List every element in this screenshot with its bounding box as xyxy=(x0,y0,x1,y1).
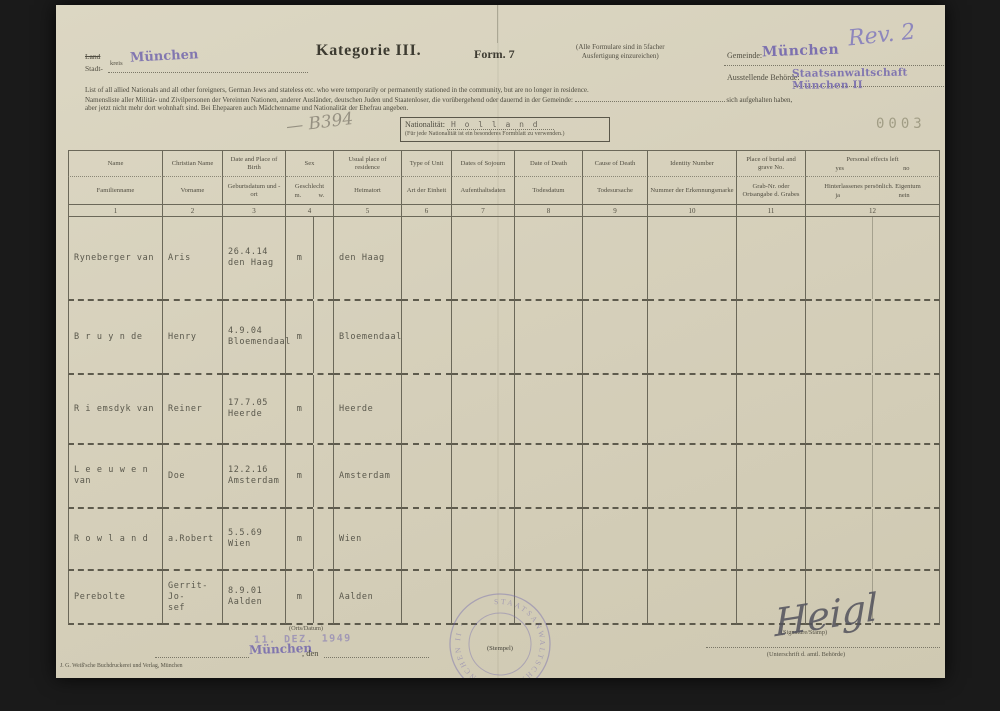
table-cell-identity-number xyxy=(648,217,737,301)
table-cell-christian-name: Reiner xyxy=(163,375,223,445)
table-cell-residence: Bloemendaal xyxy=(334,301,402,375)
gemeinde-label: Gemeinde: xyxy=(727,51,762,60)
column-header-en-name: Name xyxy=(68,151,163,177)
column-header-de-personal-effects: Hinterlassenes persönlich. Eigentumjanei… xyxy=(806,177,940,205)
land-stadt-label: Land Stadt- xyxy=(85,52,103,73)
den-label: , den xyxy=(302,648,319,658)
column-header-de-sojourn: Aufenthaltsdaten xyxy=(452,177,515,205)
stempel-label: (Stempel) xyxy=(450,645,550,652)
sex-w-subcell xyxy=(314,509,333,569)
column-number: 5 xyxy=(334,205,402,217)
table-cell-name: Perebolte xyxy=(68,571,163,625)
table-cell-name: R i emsdyk van xyxy=(68,375,163,445)
sex-w-subcell xyxy=(314,217,333,299)
footer-dotted-line-3 xyxy=(706,646,940,648)
table-cell-birth: 8.9.01 Aalden xyxy=(223,571,286,625)
column-number: 7 xyxy=(452,205,515,217)
table-cell-personal-effects xyxy=(806,301,940,375)
table-cell-death-date xyxy=(515,375,583,445)
form-number: Form. 7 xyxy=(474,47,515,62)
typed-entry: Bloemendaal xyxy=(334,332,402,343)
table-cell-sex: m xyxy=(286,571,334,625)
table-cell-burial xyxy=(737,301,806,375)
printer-imprint: J. G. Weiß'sche Buchdruckerei und Verlag… xyxy=(60,663,183,669)
column-header-de-sub: m. xyxy=(295,192,302,199)
column-number: 8 xyxy=(515,205,583,217)
table-cell-personal-effects xyxy=(806,217,940,301)
typed-entry: L e e u w e n van xyxy=(69,465,162,487)
column-header-de-name: Familienname xyxy=(68,177,163,205)
table-cell-sex: m xyxy=(286,509,334,571)
column-header-de-death-cause: Todesursache xyxy=(583,177,648,205)
column-header-de-christian-name: Vorname xyxy=(163,177,223,205)
column-number: 9 xyxy=(583,205,648,217)
column-header-de-sub: w. xyxy=(319,192,325,199)
table-cell-sojourn xyxy=(452,509,515,571)
intro-german-tail: sich aufgehalten haben, xyxy=(726,96,792,104)
typed-entry: 5.5.69 Wien xyxy=(223,528,262,550)
table-cell-burial xyxy=(737,509,806,571)
gemeinde-stamp: München xyxy=(762,42,840,61)
table-cell-christian-name: Doe xyxy=(163,445,223,509)
effects-no-subcell xyxy=(873,375,940,443)
sex-value: m xyxy=(286,571,314,623)
column-header-en-birth: Date and Place of Birth xyxy=(223,151,286,177)
column-header-de-burial: Grab-Nr. oder Ortsangabe d. Grabes xyxy=(737,177,806,205)
table-cell-sex: m xyxy=(286,217,334,301)
official-round-stamp: STAATSANWALTSCHAFT · MÜNCHEN II · xyxy=(437,581,563,678)
effects-no-subcell xyxy=(873,445,940,507)
typed-entry: R o w l a n d xyxy=(69,534,148,545)
column-header-en-burial: Place of burial and grave No. xyxy=(737,151,806,177)
table-cell-death-cause xyxy=(583,445,648,509)
column-header-de-sub: ja xyxy=(835,192,840,199)
column-number: 11 xyxy=(737,205,806,217)
footer-dotted-line-1 xyxy=(155,656,249,658)
table-cell-sex: m xyxy=(286,445,334,509)
effects-yes-subcell xyxy=(806,301,873,373)
table-cell-birth: 26.4.14 den Haag xyxy=(223,217,286,301)
table-row: Ryneberger vanAris26.4.14 den Haagmden H… xyxy=(68,217,940,301)
typed-entry: Perebolte xyxy=(69,592,125,603)
typed-entry: Reiner xyxy=(163,404,202,415)
typed-entry: Aris xyxy=(163,253,191,264)
table-cell-birth: 12.2.16 Amsterdam xyxy=(223,445,286,509)
column-header-en-death-cause: Cause of Death xyxy=(583,151,648,177)
effects-yes-subcell xyxy=(806,509,873,569)
kreis-label: kreis xyxy=(110,60,123,67)
typed-entry: 8.9.01 Aalden xyxy=(223,586,262,608)
column-header-en-sex: Sex xyxy=(286,151,334,177)
table-cell-unit xyxy=(402,375,452,445)
table-cell-christian-name: Aris xyxy=(163,217,223,301)
column-header-en-sub: yes xyxy=(836,165,845,172)
typed-entry: B r u y n de xyxy=(69,332,143,343)
typed-entry: Henry xyxy=(163,332,197,343)
table-cell-sojourn xyxy=(452,301,515,375)
table-row: 123456789101112 xyxy=(68,205,940,217)
column-header-de-residence: Heimatort xyxy=(334,177,402,205)
column-number: 1 xyxy=(68,205,163,217)
sex-value: m xyxy=(286,375,314,443)
table-cell-burial xyxy=(737,445,806,509)
typed-entry: Heerde xyxy=(334,404,373,415)
table-cell-identity-number xyxy=(648,301,737,375)
table-cell-identity-number xyxy=(648,571,737,625)
table-row: FamiliennameVornameGeburtsdatum und -ort… xyxy=(68,177,940,205)
effects-no-subcell xyxy=(873,217,940,299)
table-cell-personal-effects xyxy=(806,375,940,445)
table-cell-identity-number xyxy=(648,445,737,509)
column-header-en-personal-effects: Personal effects leftyesno xyxy=(806,151,940,177)
typed-entry: Gerrit-Jo- sef xyxy=(163,581,222,614)
column-header-de-sex: Geschlechtm.w. xyxy=(286,177,334,205)
typed-entry: a.Robert xyxy=(163,534,214,545)
table-cell-residence: den Haag xyxy=(334,217,402,301)
table-cell-name: Ryneberger van xyxy=(68,217,163,301)
nationality-value: H o l l a n d xyxy=(447,120,554,130)
sex-value: m xyxy=(286,445,314,507)
table-cell-death-date xyxy=(515,509,583,571)
footer-dotted-line-2 xyxy=(324,656,429,658)
column-header-en-sojourn: Dates of Sojourn xyxy=(452,151,515,177)
stadt-label: Stadt- xyxy=(85,64,103,73)
table-cell-identity-number xyxy=(648,509,737,571)
round-stamp-ring-text: STAATSANWALTSCHAFT · MÜNCHEN II · xyxy=(447,591,553,678)
intro-german-2: aber jetzt nicht mehr dort wohnhaft sind… xyxy=(85,104,408,112)
table-cell-residence: Amsterdam xyxy=(334,445,402,509)
table-cell-residence: Wien xyxy=(334,509,402,571)
table-cell-name: L e e u w e n van xyxy=(68,445,163,509)
land-label-struck: Land xyxy=(85,52,100,61)
nationality-note: (Für jede Nationalität ist ein besondere… xyxy=(405,131,605,137)
form-category-title: Kategorie III. xyxy=(316,42,421,60)
table-cell-christian-name: Henry xyxy=(163,301,223,375)
table-cell-death-cause xyxy=(583,509,648,571)
table-cell-death-cause xyxy=(583,217,648,301)
column-header-en-residence: Usual place of residence xyxy=(334,151,402,177)
table-cell-burial xyxy=(737,375,806,445)
table-cell-christian-name: a.Robert xyxy=(163,509,223,571)
table-cell-sojourn xyxy=(452,217,515,301)
table-cell-birth: 17.7.05 Heerde xyxy=(223,375,286,445)
sex-w-subcell xyxy=(314,445,333,507)
intro-english: List of all allied Nationals and all oth… xyxy=(85,86,589,94)
column-header-de-identity-number: Nummer der Erkennungsmarke xyxy=(648,177,737,205)
effects-yes-subcell xyxy=(806,217,873,299)
nationality-label: Nationalität: xyxy=(405,120,445,129)
column-header-de-death-date: Todesdatum xyxy=(515,177,583,205)
gemeinde-blank-line xyxy=(575,95,725,102)
table-cell-residence: Heerde xyxy=(334,375,402,445)
rev-handwritten-annotation: Rev. 2 xyxy=(847,20,917,52)
table-row: NameChristian NameDate and Place of Birt… xyxy=(68,151,940,177)
table-cell-death-cause xyxy=(583,375,648,445)
column-header-de-sub: nein xyxy=(899,192,910,199)
table-row: R i emsdyk vanReiner17.7.05 HeerdemHeerd… xyxy=(68,375,940,445)
column-header-en-christian-name: Christian Name xyxy=(163,151,223,177)
table-cell-death-cause xyxy=(583,301,648,375)
sex-value: m xyxy=(286,217,314,299)
effects-no-subcell xyxy=(873,301,940,373)
table-cell-sex: m xyxy=(286,301,334,375)
sex-w-subcell xyxy=(314,301,333,373)
svg-text:STAATSANWALTSCHAFT · MÜNCHEN I: STAATSANWALTSCHAFT · MÜNCHEN II · xyxy=(447,591,553,678)
column-header-de-unit: Art der Einheit xyxy=(402,177,452,205)
table-cell-unit xyxy=(402,445,452,509)
table-cell-death-date xyxy=(515,445,583,509)
table-cell-death-date xyxy=(515,301,583,375)
column-number: 10 xyxy=(648,205,737,217)
table-cell-identity-number xyxy=(648,375,737,445)
table-cell-death-cause xyxy=(583,571,648,625)
registry-form-paper: Kategorie III. Form. 7 (Alle Formulare s… xyxy=(56,5,945,678)
intro-paragraph: List of all allied Nationals and all oth… xyxy=(85,86,917,113)
typed-entry: Wien xyxy=(334,534,362,545)
table-cell-death-date xyxy=(515,217,583,301)
table-cell-personal-effects xyxy=(806,445,940,509)
table-cell-sojourn xyxy=(452,445,515,509)
ort-datum-label: (Orts/Datum) xyxy=(206,625,406,632)
table-cell-unit xyxy=(402,217,452,301)
column-number: 6 xyxy=(402,205,452,217)
sex-w-subcell xyxy=(314,375,333,443)
column-header-en-death-date: Date of Death xyxy=(515,151,583,177)
registry-table: NameChristian NameDate and Place of Birt… xyxy=(68,150,940,625)
scanned-document-page: Kategorie III. Form. 7 (Alle Formulare s… xyxy=(0,0,1000,711)
effects-yes-subcell xyxy=(806,375,873,443)
typed-entry: R i emsdyk van xyxy=(69,404,154,415)
column-number: 12 xyxy=(806,205,940,217)
table-cell-name: R o w l a n d xyxy=(68,509,163,571)
typed-entry: 17.7.05 Heerde xyxy=(223,398,268,420)
unterschrift-label: (Unterschrift d. amtl. Behörde) xyxy=(696,651,916,658)
column-number: 2 xyxy=(163,205,223,217)
typed-entry: Ryneberger van xyxy=(69,253,154,264)
table-cell-christian-name: Gerrit-Jo- sef xyxy=(163,571,223,625)
typed-entry: Amsterdam xyxy=(334,471,390,482)
kreis-dotted-line xyxy=(108,71,308,73)
table-cell-unit xyxy=(402,509,452,571)
table-cell-sojourn xyxy=(452,375,515,445)
table-cell-unit xyxy=(402,301,452,375)
copies-note: (Alle Formulare sind in 5facher Ausferti… xyxy=(576,43,665,60)
page-number-stamp: 0003 xyxy=(876,116,926,132)
sex-w-subcell xyxy=(314,571,333,623)
column-header-de-birth: Geburtsdatum und -ort xyxy=(223,177,286,205)
table-cell-burial xyxy=(737,217,806,301)
kreis-stamp: München xyxy=(130,47,199,66)
typed-entry: den Haag xyxy=(334,253,385,264)
column-header-en-unit: Type of Unit xyxy=(402,151,452,177)
table-cell-birth: 4.9.04 Bloemendaal xyxy=(223,301,286,375)
typed-entry: 12.2.16 Amsterdam xyxy=(223,465,279,487)
table-row: L e e u w e n vanDoe12.2.16 AmsterdammAm… xyxy=(68,445,940,509)
effects-yes-subcell xyxy=(806,445,873,507)
effects-no-subcell xyxy=(873,571,940,623)
table-cell-birth: 5.5.69 Wien xyxy=(223,509,286,571)
table-cell-name: B r u y n de xyxy=(68,301,163,375)
typed-entry: Aalden xyxy=(334,592,373,603)
column-number: 4 xyxy=(286,205,334,217)
table-cell-personal-effects xyxy=(806,509,940,571)
sex-value: m xyxy=(286,301,314,373)
table-row: B r u y n deHenry4.9.04 BloemendaalmBloe… xyxy=(68,301,940,375)
sex-value: m xyxy=(286,509,314,569)
typed-entry: Doe xyxy=(163,471,185,482)
typed-entry: 4.9.04 Bloemendaal xyxy=(223,326,291,348)
column-header-en-sub: no xyxy=(903,165,909,172)
table-cell-residence: Aalden xyxy=(334,571,402,625)
pencil-annotation: — B394 xyxy=(285,109,354,137)
effects-no-subcell xyxy=(873,509,940,569)
nationality-box: Nationalität: H o l l a n d (Für jede Na… xyxy=(400,117,610,142)
behoerde-label: Ausstellende Behörde: xyxy=(727,73,800,82)
column-number: 3 xyxy=(223,205,286,217)
table-row: R o w l a n da.Robert5.5.69 WienmWien xyxy=(68,509,940,571)
column-header-en-identity-number: Identity Number xyxy=(648,151,737,177)
table-cell-sex: m xyxy=(286,375,334,445)
intro-german-1: Namensliste aller Militär- und Zivilpers… xyxy=(85,96,573,104)
typed-entry: 26.4.14 den Haag xyxy=(223,247,274,269)
